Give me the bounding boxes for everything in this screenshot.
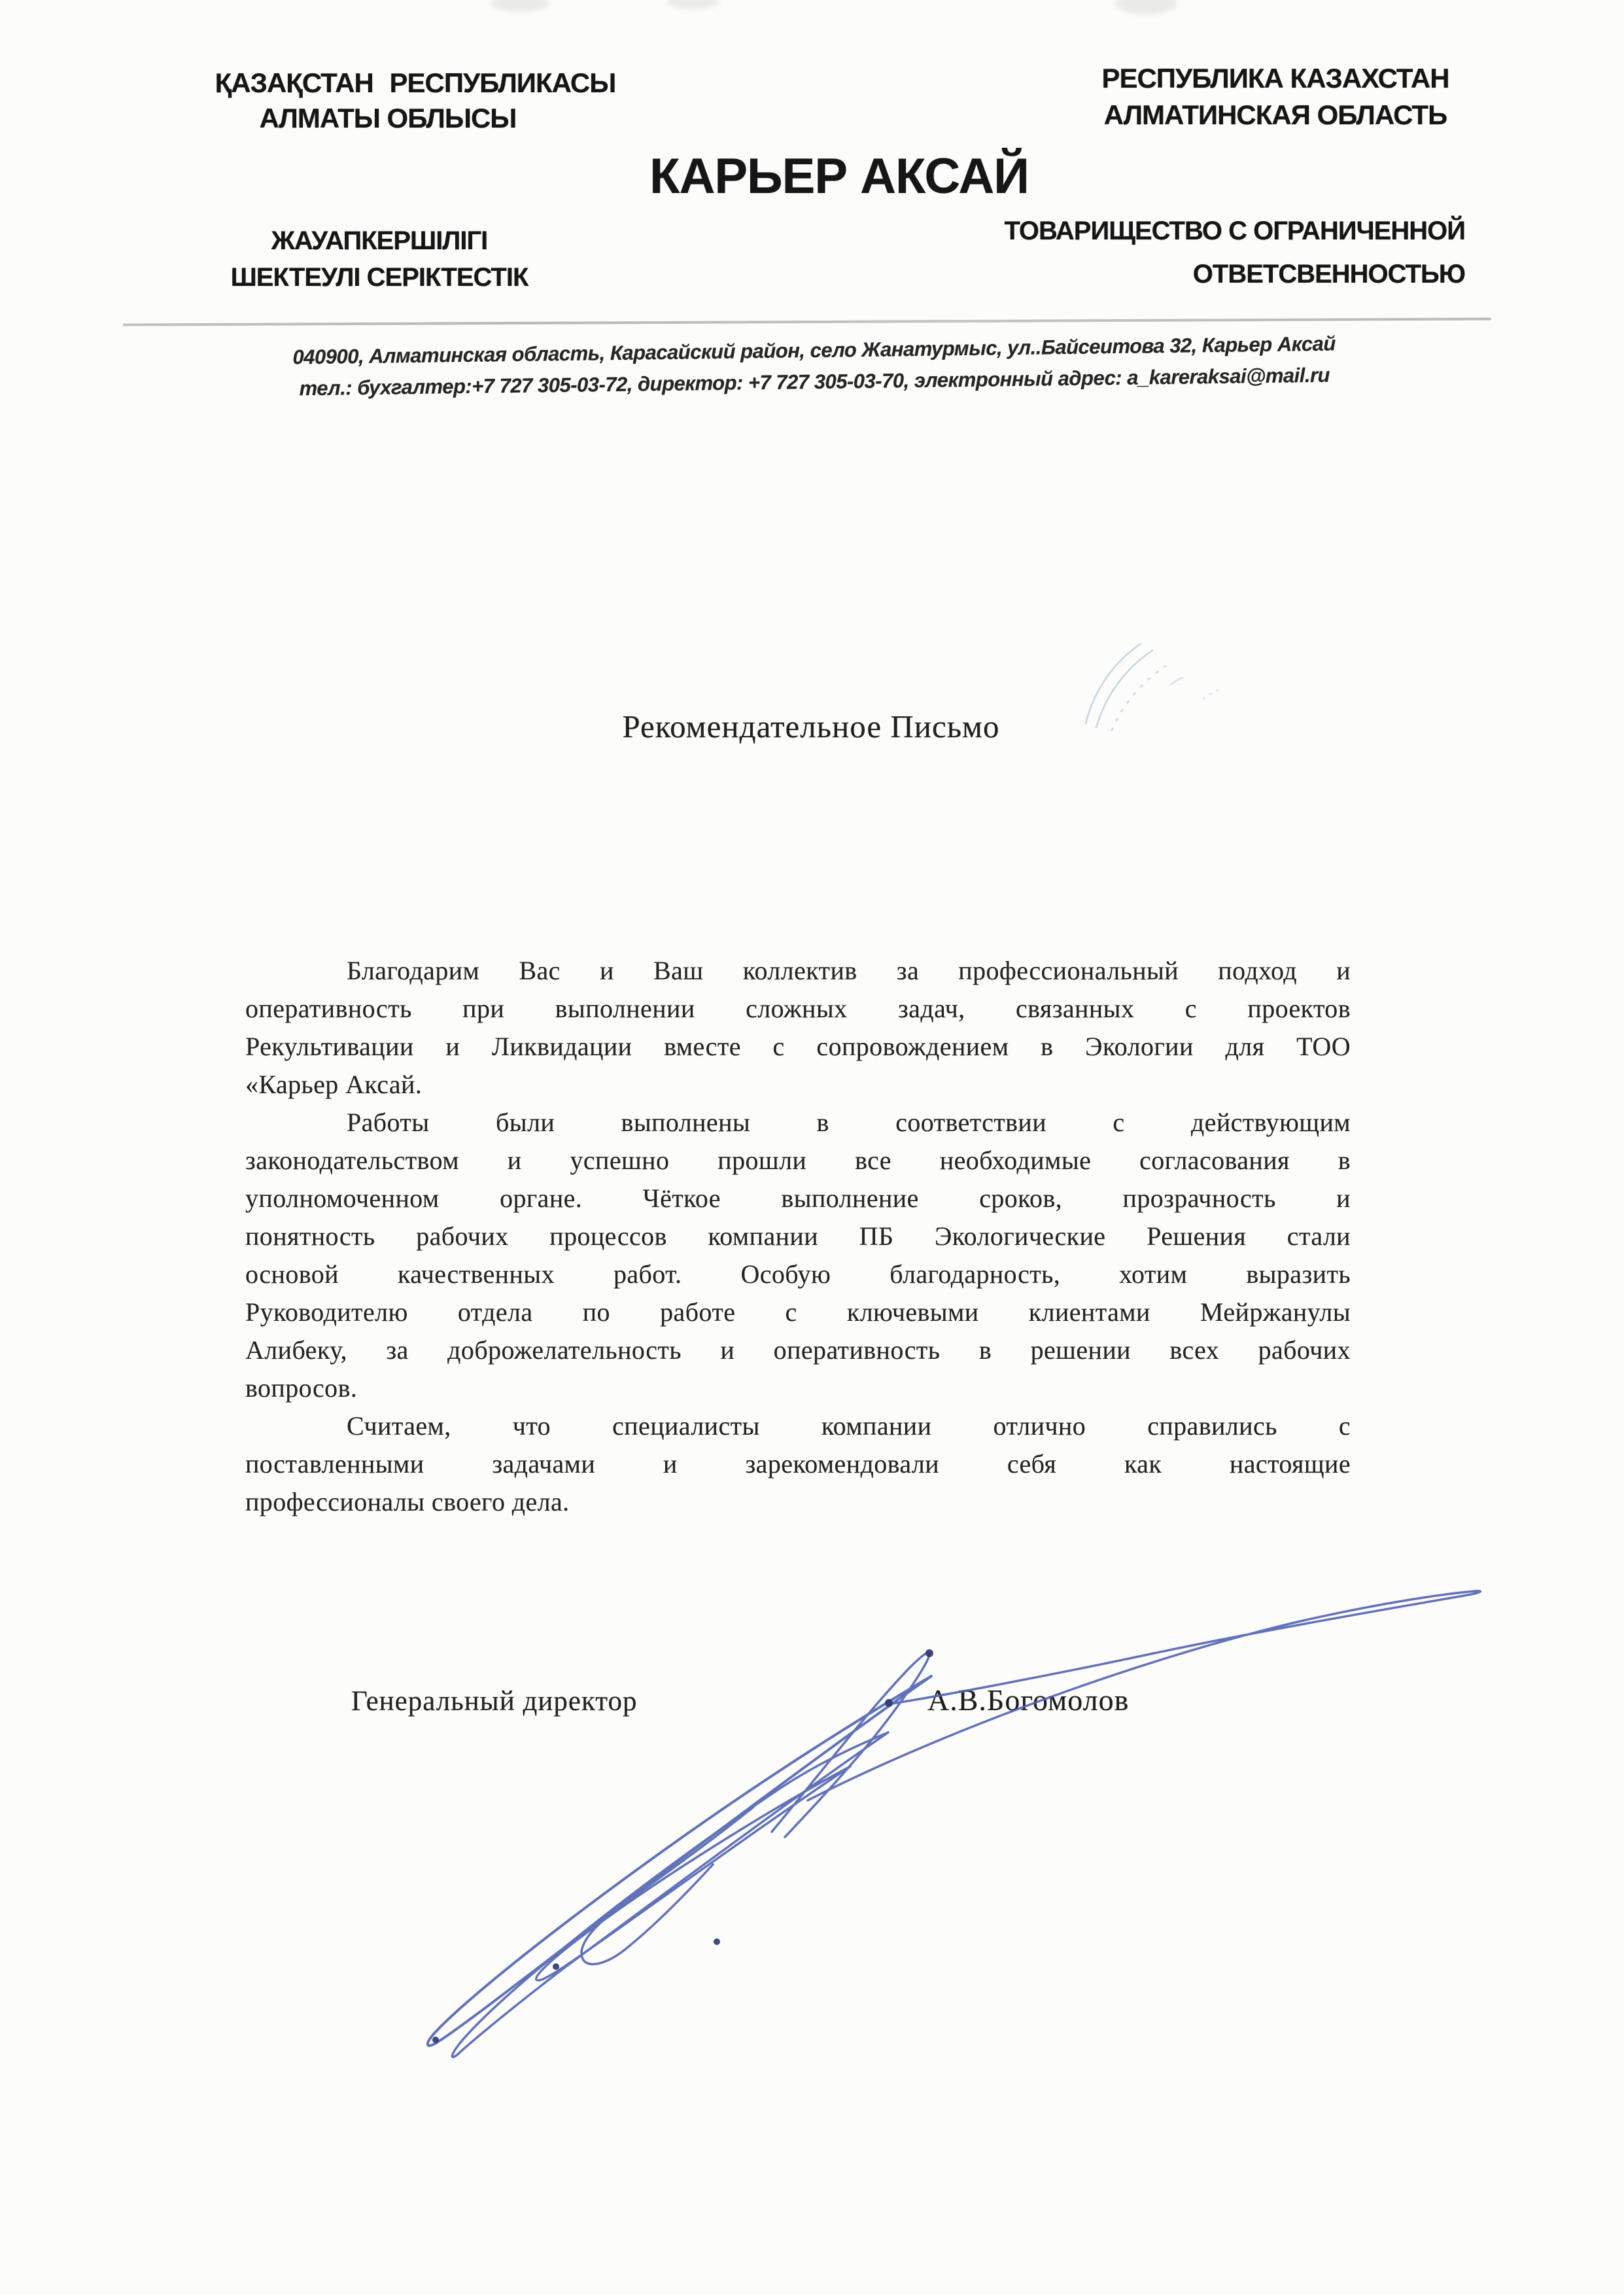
signer-name: А.В.Богомолов xyxy=(927,1683,1129,1717)
company-name: КАРЬЕР АКСАЙ xyxy=(610,148,1068,205)
letter-line: основой качественных работ. Особую благо… xyxy=(245,1255,1351,1293)
scanned-letter-page: ҚАЗАҚСТАН РЕСПУБЛИКАСЫ АЛМАТЫ ОБЛЫСЫ РЕС… xyxy=(0,0,1624,2295)
scan-smudge xyxy=(491,0,549,12)
scan-smudge xyxy=(667,0,719,9)
letter-body: Благодарим Вас и Ваш коллектив за профес… xyxy=(245,952,1351,1521)
letter-line: вопросов. xyxy=(245,1369,1351,1407)
company-type-kazakh-line2: ШЕКТЕУЛІ СЕРІКТЕСТІК xyxy=(150,259,608,296)
company-type-russian-line2: ОТВЕТСВЕННОСТЬЮ xyxy=(876,253,1465,296)
letter-line: поставленными задачами и зарекомендовали… xyxy=(245,1445,1351,1483)
company-type-russian-line1: ТОВАРИЩЕСТВО С ОГРАНИЧЕННОЙ xyxy=(876,209,1465,253)
letter-line: уполномоченном органе. Чёткое выполнение… xyxy=(245,1180,1351,1218)
letter-line: законодательством и успешно прошли все н… xyxy=(245,1142,1351,1180)
letter-title: Рекомендательное Письмо xyxy=(523,708,1099,745)
handwritten-signature xyxy=(428,1591,1480,2057)
header-russian-region-line2: АЛМАТИНСКАЯ ОБЛАСТЬ xyxy=(1050,97,1501,133)
signer-position-label: Генеральный директор xyxy=(351,1685,638,1717)
company-type-russian: ТОВАРИЩЕСТВО С ОГРАНИЧЕННОЙ ОТВЕТСВЕННОС… xyxy=(876,209,1465,296)
letter-line: «Карьер Аксай. xyxy=(245,1066,1351,1104)
letter-line: оперативность при выполнении сложных зад… xyxy=(245,990,1351,1028)
company-type-kazakh-line1: ЖАУАПКЕРШІЛІГІ xyxy=(150,222,608,259)
letter-line: Благодарим Вас и Ваш коллектив за профес… xyxy=(245,952,1351,990)
letter-line: Алибеку, за доброжелательность и операти… xyxy=(245,1331,1351,1369)
header-kazakh-region-line2: АЛМАТЫ ОБЛЫСЫ xyxy=(169,101,607,136)
header-kazakh-region: ҚАЗАҚСТАН РЕСПУБЛИКАСЫ АЛМАТЫ ОБЛЫСЫ xyxy=(196,65,634,136)
letter-line: понятность рабочих процессов компании ПБ… xyxy=(245,1218,1351,1255)
header-russian-region-line1: РЕСПУБЛИКА КАЗАХСТАН xyxy=(1050,60,1501,97)
scan-smudge xyxy=(1115,0,1177,14)
header-russian-region: РЕСПУБЛИКА КАЗАХСТАН АЛМАТИНСКАЯ ОБЛАСТЬ xyxy=(1050,60,1501,133)
letter-line: профессионалы своего дела. xyxy=(245,1483,1351,1521)
header-kazakh-region-line1: ҚАЗАҚСТАН РЕСПУБЛИКАСЫ xyxy=(196,65,634,101)
letterhead-divider xyxy=(123,317,1491,326)
letter-line: Рекультивации и Ликвидации вместе с сопр… xyxy=(245,1028,1351,1066)
letterhead-address: 040900, Алматинская область, Карасайский… xyxy=(163,326,1465,406)
letter-line: Работы были выполнены в соответствии с д… xyxy=(245,1104,1351,1142)
pen-scribble xyxy=(1086,644,1219,730)
letter-line: Руководителю отдела по работе с ключевым… xyxy=(245,1293,1351,1331)
letter-line: Считаем, что специалисты компании отличн… xyxy=(245,1407,1351,1445)
company-type-kazakh: ЖАУАПКЕРШІЛІГІ ШЕКТЕУЛІ СЕРІКТЕСТІК xyxy=(150,222,608,296)
